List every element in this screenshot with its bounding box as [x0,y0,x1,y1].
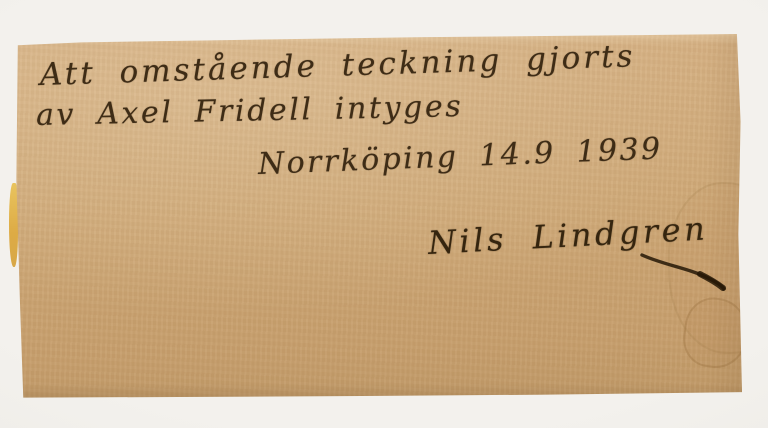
photo-background: Att omstående teckning gjorts av Axel Fr… [0,0,768,428]
note-paper: Att omstående teckning gjorts av Axel Fr… [16,34,742,398]
torn-edge-sliver [9,183,18,267]
handwriting-line-2: av Axel Fridell intyges [36,92,464,131]
